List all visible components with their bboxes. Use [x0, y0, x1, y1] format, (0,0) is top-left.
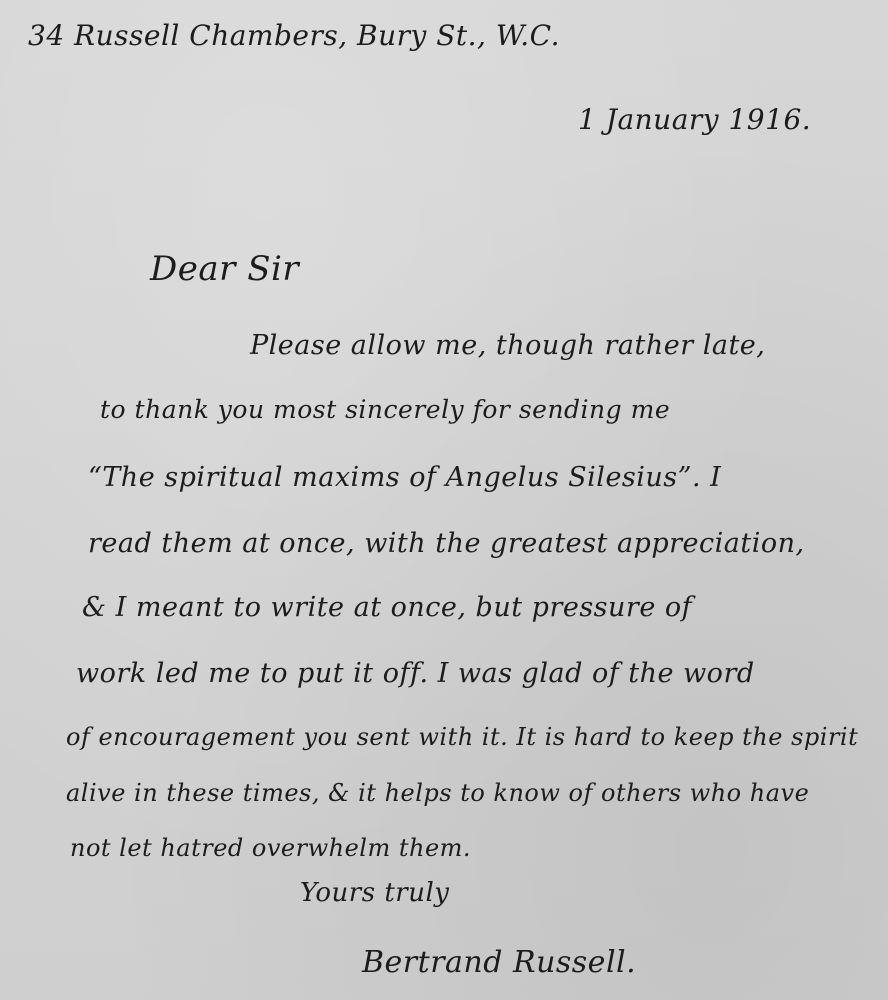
body-line: read them at once, with the greatest app…	[88, 530, 805, 557]
body-line: work led me to put it off. I was glad of…	[76, 660, 755, 687]
sender-address: 34 Russell Chambers, Bury St., W.C.	[28, 22, 560, 50]
body-line: not let hatred overwhelm them.	[70, 836, 471, 860]
closing: Yours truly	[300, 880, 449, 906]
letter-date: 1 January 1916.	[578, 106, 811, 134]
body-line: Please allow me, though rather late,	[250, 332, 765, 359]
body-line: alive in these times, & it helps to know…	[66, 781, 809, 805]
salutation: Dear Sir	[150, 252, 299, 286]
body-line: & I meant to write at once, but pressure…	[82, 594, 692, 621]
body-line: of encouragement you sent with it. It is…	[66, 725, 858, 749]
signature: Bertrand Russell.	[362, 948, 636, 978]
body-line: to thank you most sincerely for sending …	[100, 397, 670, 422]
body-line: “The spiritual maxims of Angelus Silesiu…	[88, 464, 721, 491]
handwritten-letter: 34 Russell Chambers, Bury St., W.C. 1 Ja…	[0, 0, 888, 1000]
